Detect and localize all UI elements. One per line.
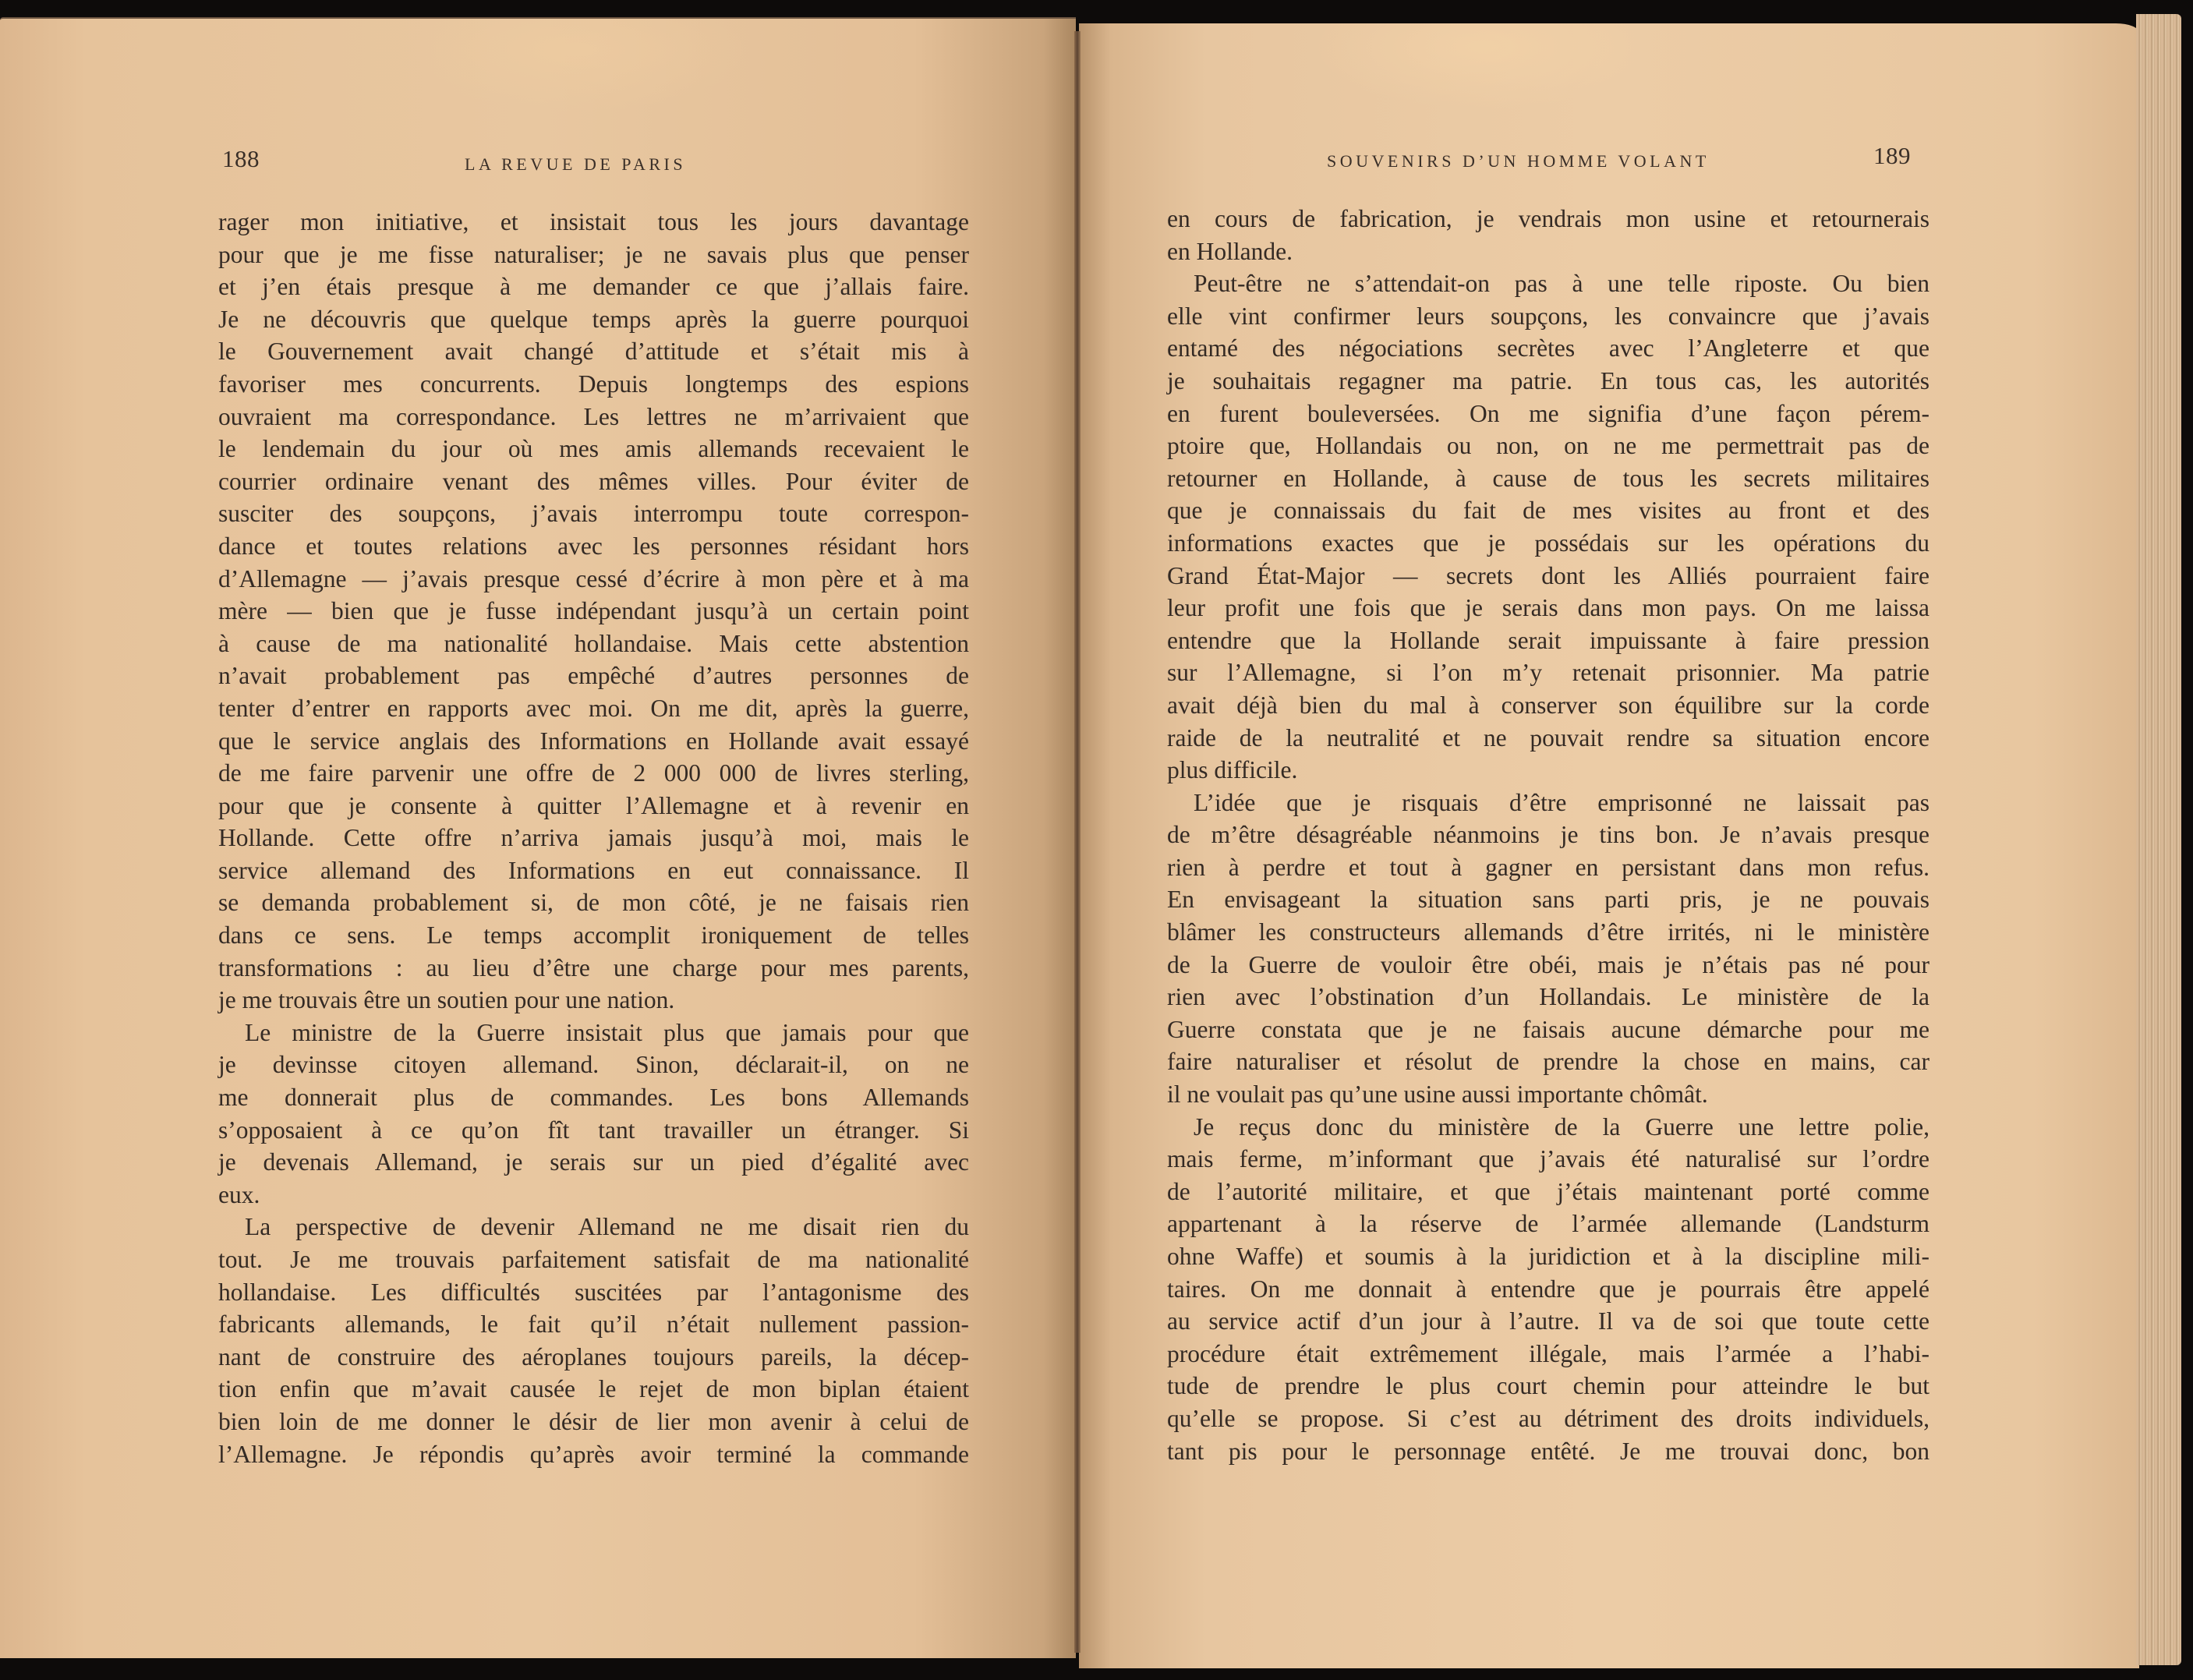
text-line: courrier ordinaire venant des mêmes vill… (218, 465, 969, 498)
text-line: sur l’Allemagne, si l’on m’y retenait pr… (1167, 656, 1929, 689)
text-line: hollandaise. Les difficultés suscitées p… (218, 1276, 969, 1309)
left-page-number: 188 (222, 145, 260, 176)
text-line: de l’autorité militaire, et que j’étais … (1167, 1176, 1929, 1208)
text-line: le Gouvernement avait changé d’attitude … (218, 335, 969, 368)
text-line: elle vint confirmer leurs soupçons, les … (1167, 300, 1929, 333)
text-line: Je ne découvris que quelque temps après … (218, 303, 969, 336)
text-line: service allemand des Informations en eut… (218, 854, 969, 887)
text-line: en furent bouleversées. On me signifia d… (1167, 398, 1929, 430)
text-line: il ne voulait pas qu’une usine aussi imp… (1167, 1078, 1929, 1111)
text-line: rager mon initiative, et insistait tous … (218, 206, 969, 239)
text-line: s’opposaient à ce qu’on fît tant travail… (218, 1114, 969, 1147)
left-running-title: LA REVUE DE PARIS (465, 154, 686, 186)
text-line: pour que je me fisse naturaliser; je ne … (218, 239, 969, 271)
text-line: raide de la neutralité et ne pouvait ren… (1167, 722, 1929, 755)
text-line: tenter d’entrer en rapports avec moi. On… (218, 692, 969, 725)
text-line: tude de prendre le plus court chemin pou… (1167, 1370, 1929, 1402)
page-fore-edge (2136, 14, 2181, 1665)
text-line: en cours de fabrication, je vendrais mon… (1167, 203, 1929, 235)
paragraph-start-line: Je reçus donc du ministère de la Guerre … (1167, 1111, 1929, 1144)
text-line: avait déjà bien du mal à conserver son é… (1167, 689, 1929, 722)
text-line: d’Allemagne — j’avais presque cessé d’éc… (218, 563, 969, 596)
text-line: rien à perdre et tout à gagner en persis… (1167, 851, 1929, 884)
text-line: susciter des soupçons, j’avais interromp… (218, 497, 969, 530)
text-line: à cause de ma nationalité hollandaise. M… (218, 628, 969, 660)
text-line: informations exactes que je possédais su… (1167, 527, 1929, 560)
text-line: appartenant à la réserve de l’armée alle… (1167, 1208, 1929, 1240)
text-line: n’avait probablement pas empêché d’autre… (218, 660, 969, 692)
text-line: ptoire que, Hollandais ou non, on ne me … (1167, 430, 1929, 462)
text-line: je devenais Allemand, je serais sur un p… (218, 1146, 969, 1179)
text-line: au service actif d’un jour à l’autre. Il… (1167, 1305, 1929, 1338)
text-line: mais ferme, m’informant que j’avais été … (1167, 1143, 1929, 1176)
text-line: Hollande. Cette offre n’arriva jamais ju… (218, 822, 969, 854)
text-line: en Hollande. (1167, 235, 1929, 268)
paragraph-start-line: Le ministre de la Guerre insistait plus … (218, 1017, 969, 1049)
text-line: entamé des négociations secrètes avec l’… (1167, 332, 1929, 365)
text-line: de la Guerre de vouloir être obéi, mais … (1167, 949, 1929, 981)
paragraph-start-line: L’idée que je risquais d’être emprisonné… (1167, 787, 1929, 819)
text-line: procédure était extrêmement illégale, ma… (1167, 1338, 1929, 1371)
text-line: Grand État-Major — secrets dont les Alli… (1167, 560, 1929, 592)
text-line: faire naturaliser et résolut de prendre … (1167, 1045, 1929, 1078)
text-line: je souhaitais regagner ma patrie. En tou… (1167, 365, 1929, 398)
text-line: transformations : au lieu d’être une cha… (218, 952, 969, 985)
text-line: ouvraient ma correspondance. Les lettres… (218, 401, 969, 433)
text-line: tant pis pour le personnage entêté. Je m… (1167, 1435, 1929, 1468)
text-line: que le service anglais des Informations … (218, 725, 969, 758)
text-line: de m’être désagréable néanmoins je tins … (1167, 819, 1929, 851)
text-line: que je connaissais du fait de mes visite… (1167, 494, 1929, 527)
text-line: le lendemain du jour où mes amis alleman… (218, 433, 969, 465)
right-running-title: SOUVENIRS D’UN HOMME VOLANT (1327, 151, 1710, 182)
text-line: blâmer les constructeurs allemands d’êtr… (1167, 916, 1929, 949)
text-line: plus difficile. (1167, 754, 1929, 787)
text-line: je me trouvais être un soutien pour une … (218, 984, 969, 1017)
text-line: Guerre constata que je ne faisais aucune… (1167, 1013, 1929, 1046)
text-line: ohne Waffe) et soumis à la juridiction e… (1167, 1240, 1929, 1273)
text-line: eux. (218, 1179, 969, 1211)
text-line: l’Allemagne. Je répondis qu’après avoir … (218, 1438, 969, 1471)
open-book-spread: 188 LA REVUE DE PARIS SOUVENIRS D’UN HOM… (0, 0, 2193, 1680)
text-line: nant de construire des aéroplanes toujou… (218, 1341, 969, 1374)
text-line: taires. On me donnait à entendre que je … (1167, 1273, 1929, 1306)
text-line: qu’elle se propose. Si c’est au détrimen… (1167, 1402, 1929, 1435)
text-line: En envisageant la situation sans parti p… (1167, 883, 1929, 916)
text-line: dance et toutes relations avec les perso… (218, 530, 969, 563)
text-line: et j’en étais presque à me demander ce q… (218, 271, 969, 303)
text-line: tout. Je me trouvais parfaitement satisf… (218, 1243, 969, 1276)
text-line: entendre que la Hollande serait impuissa… (1167, 624, 1929, 657)
text-line: leur profit une fois que je serais dans … (1167, 592, 1929, 624)
text-line: fabricants allemands, le fait qu’il n’ét… (218, 1308, 969, 1341)
right-page-body: en cours de fabrication, je vendrais mon… (1167, 203, 1929, 1467)
text-line: je devinsse citoyen allemand. Sinon, déc… (218, 1049, 969, 1081)
text-line: bien loin de me donner le désir de lier … (218, 1406, 969, 1438)
right-page-number: 189 (1873, 142, 1911, 173)
text-line: me donnerait plus de commandes. Les bons… (218, 1081, 969, 1114)
text-line: rien avec l’obstination d’un Hollandais.… (1167, 981, 1929, 1013)
text-line: de me faire parvenir une offre de 2 000 … (218, 757, 969, 790)
text-line: mère — bien que je fusse indépendant jus… (218, 595, 969, 628)
left-page-body: rager mon initiative, et insistait tous … (218, 206, 969, 1470)
text-line: tion enfin que m’avait causée le rejet d… (218, 1373, 969, 1406)
text-line: pour que je consente à quitter l’Allemag… (218, 790, 969, 822)
text-line: dans ce sens. Le temps accomplit ironiqu… (218, 919, 969, 952)
book-gutter (1074, 31, 1081, 1653)
paragraph-start-line: Peut-être ne s’attendait-on pas à une te… (1167, 267, 1929, 300)
text-line: retourner en Hollande, à cause de tous l… (1167, 462, 1929, 495)
text-line: se demanda probablement si, de mon côté,… (218, 886, 969, 919)
text-line: favoriser mes concurrents. Depuis longte… (218, 368, 969, 401)
paragraph-start-line: La perspective de devenir Allemand ne me… (218, 1211, 969, 1243)
